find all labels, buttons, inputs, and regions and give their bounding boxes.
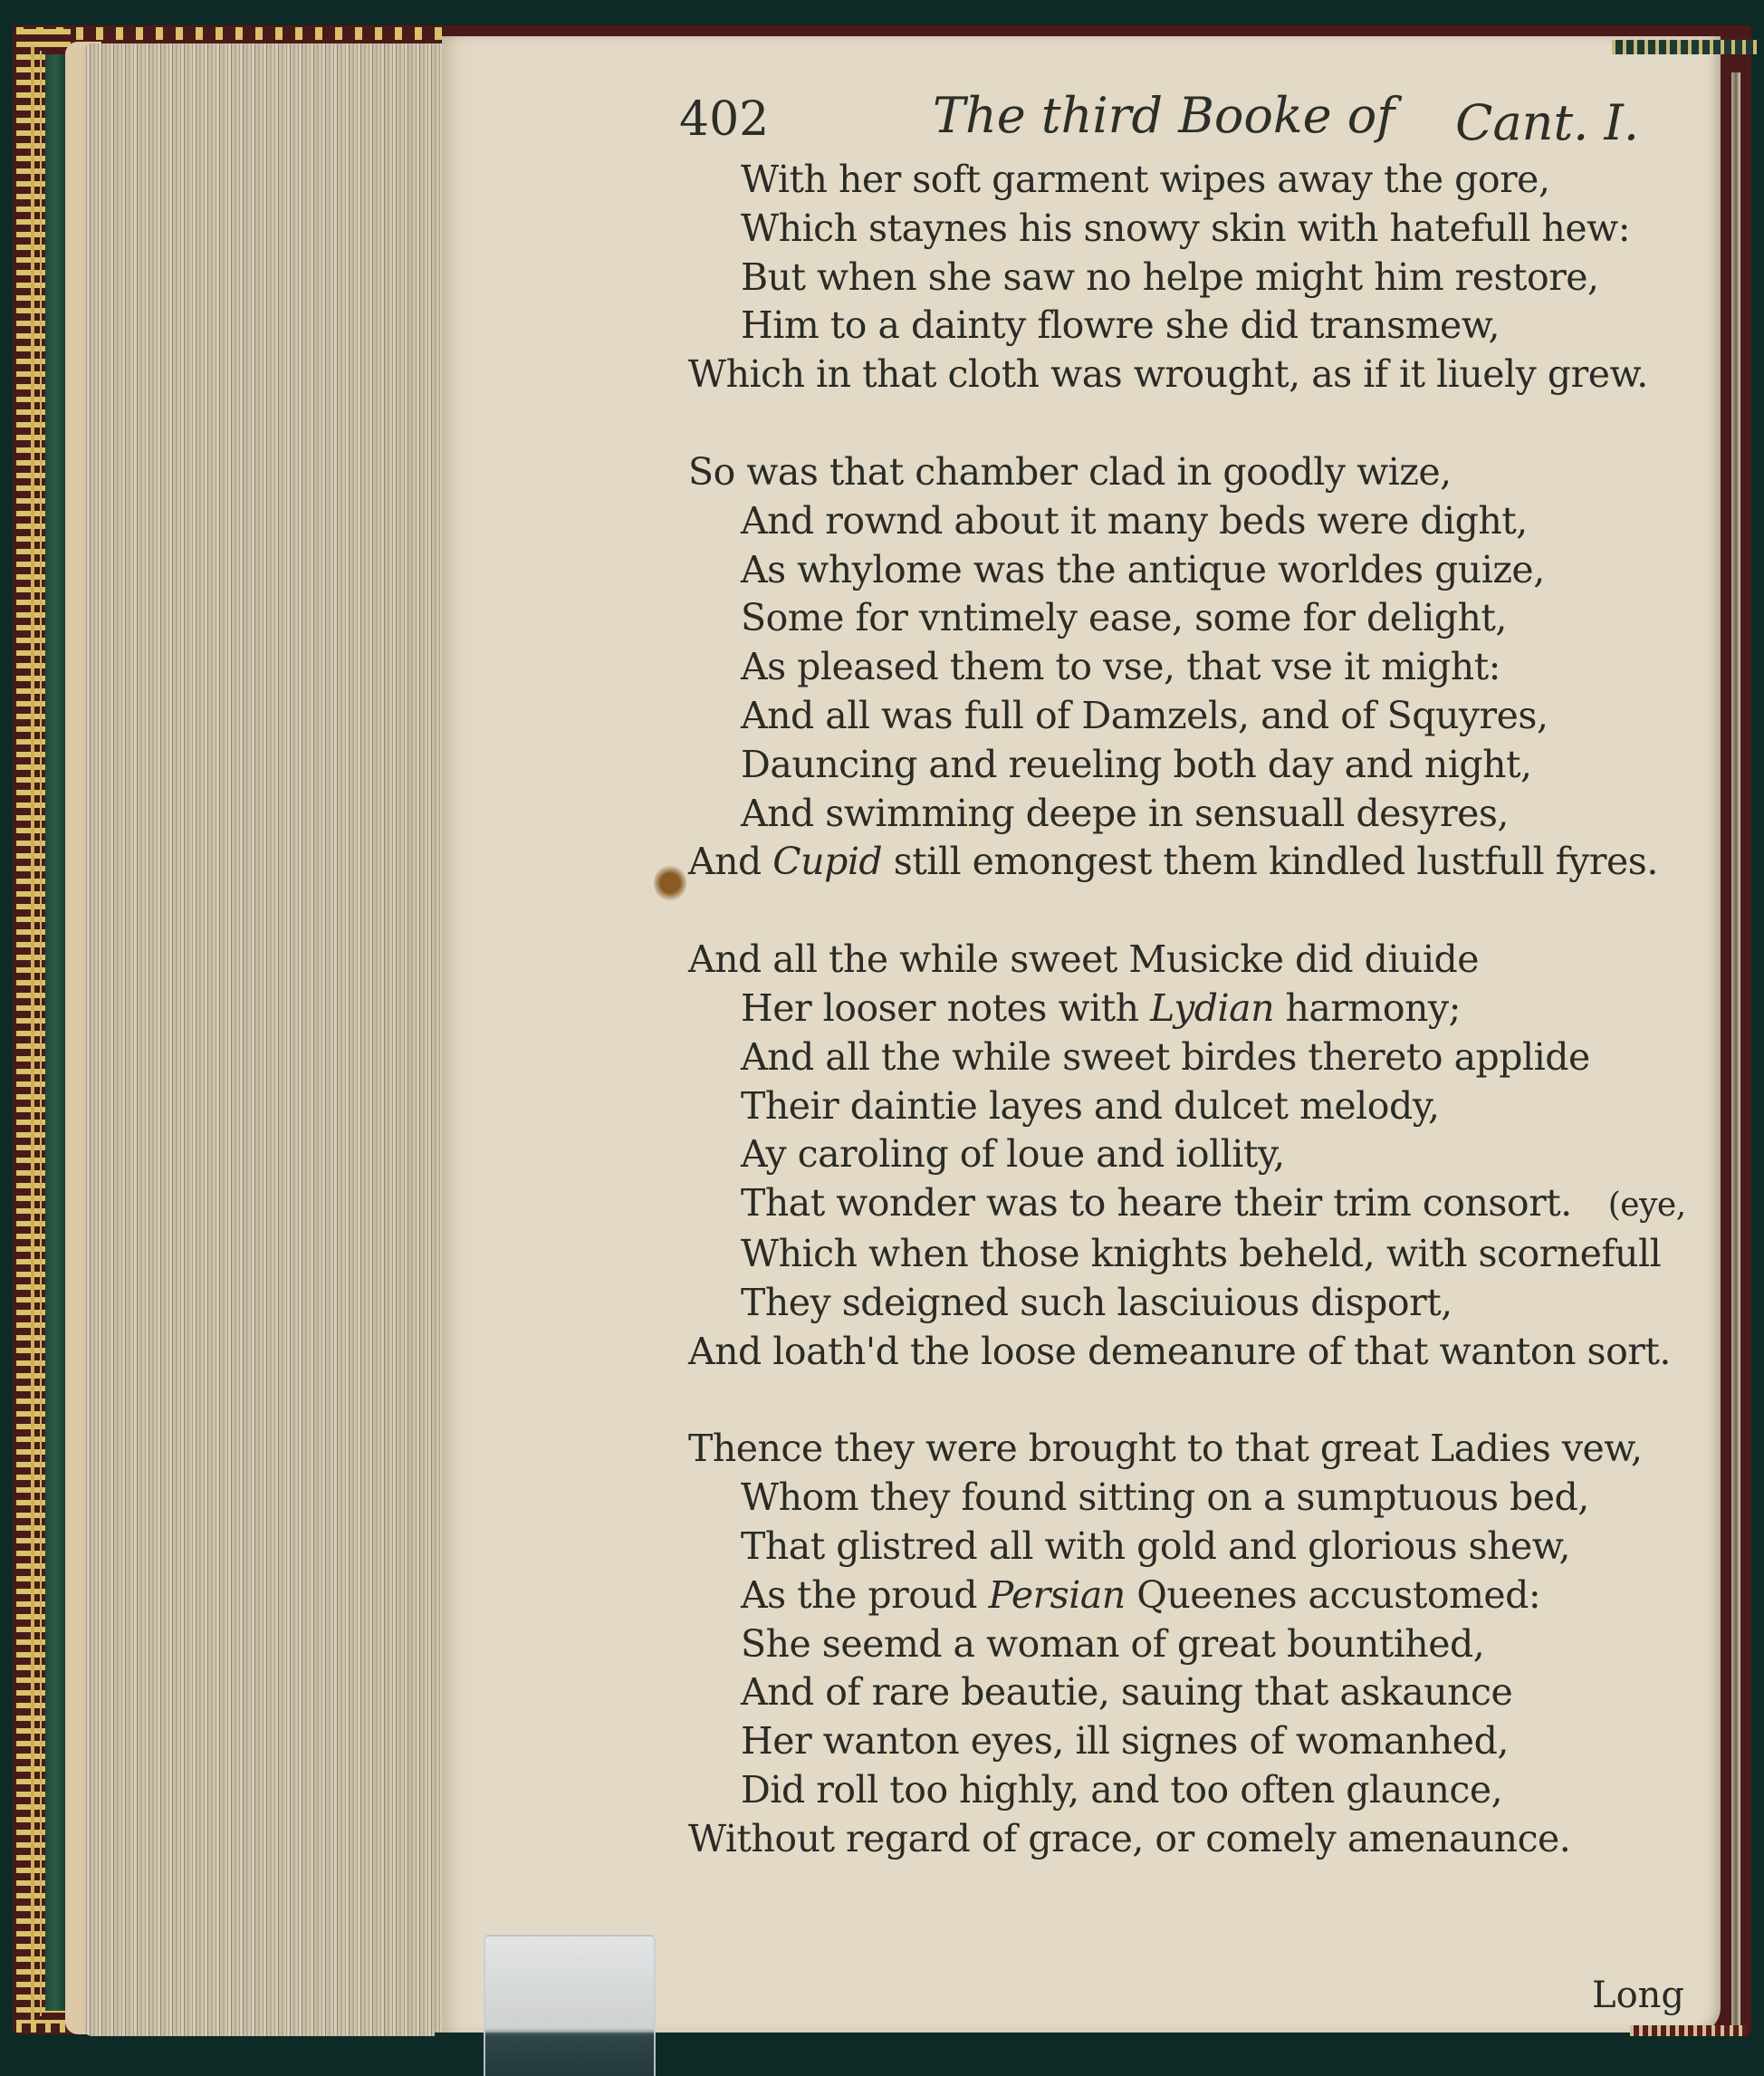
stanza: So was that chamber clad in goodly wize,… [688,448,1684,887]
verse-line: Ay caroling of loue and iollity, [688,1130,1684,1179]
turnover-fragment: (eye, [1608,1187,1686,1224]
canto-label: Cant. I. [1455,94,1639,151]
italic-proper-noun: Lydian [1150,986,1274,1030]
marbled-endpaper [45,54,65,2011]
verse-line: Him to a dainty flowre she did transmew, [688,302,1684,351]
verse-line: And swimming deepe in sensuall desyres, [688,790,1684,839]
verse-line: Some for vntimely ease, some for delight… [688,594,1684,643]
verse-line: Dauncing and reueling both day and night… [688,741,1684,790]
verse-line: With her soft garment wipes away the gor… [688,156,1684,205]
verse-line: As the proud Persian Queenes accustomed: [688,1571,1684,1620]
verse-line: She seemd a woman of great bountihed, [688,1620,1684,1669]
ink-stain [654,865,686,901]
verse-line: And rownd about it many beds were dight, [688,497,1684,546]
verse-line: So was that chamber clad in goodly wize, [688,448,1684,497]
catchword: Long [1592,1975,1684,2016]
page-weight-clip [484,1935,656,2076]
italic-proper-noun: Cupid [772,840,882,883]
running-head: 402 The third Booke of Cant. I. [679,87,1639,159]
verse-line: Their daintie layes and dulcet melody, [688,1082,1684,1131]
gilt-rule [40,51,42,2016]
verse-line: That wonder was to heare their trim cons… [688,1179,1684,1230]
verse-line: And of rare beautie, sauing that askaunc… [688,1668,1684,1717]
gilt-border-top [16,27,451,40]
verse-line: Which staynes his snowy skin with hatefu… [688,205,1684,254]
stanza: Thence they were brought to that great L… [688,1425,1684,1863]
verse-line: Whom they found sitting on a sumptuous b… [688,1474,1684,1523]
verse-line: And Cupid still emongest them kindled lu… [688,838,1684,887]
verse-line: As whylome was the antique worldes guize… [688,546,1684,595]
tailband [1630,2025,1748,2036]
verse-line: Her looser notes with Lydian harmony; [688,985,1684,1033]
verse-line: Which when those knights beheld, with sc… [688,1230,1684,1279]
headband [1612,40,1757,54]
poem-body: With her soft garment wipes away the gor… [688,156,1684,1864]
page-number: 402 [679,92,769,147]
verse-line: Her wanton eyes, ill signes of womanhed, [688,1717,1684,1766]
verse-line: Which in that cloth was wrought, as if i… [688,351,1684,399]
verse-line: And loath'd the loose demeanure of that … [688,1328,1684,1377]
stanza: With her soft garment wipes away the gor… [688,156,1684,399]
running-title: The third Booke of [933,87,1395,144]
verse-line: And all the while sweet Musicke did diui… [688,936,1684,985]
verse-line: Did roll too highly, and too often glaun… [688,1766,1684,1815]
page-gutter [1731,72,1740,2029]
verse-line: Without regard of grace, or comely amena… [688,1815,1684,1864]
verse-line: And all was full of Damzels, and of Squy… [688,692,1684,741]
italic-proper-noun: Persian [989,1573,1126,1617]
verse-line: Thence they were brought to that great L… [688,1425,1684,1474]
verse-line: That glistred all with gold and glorious… [688,1523,1684,1571]
stanza: And all the while sweet Musicke did diui… [688,936,1684,1376]
verse-line: As pleased them to vse, that vse it migh… [688,643,1684,692]
verse-line: And all the while sweet birdes thereto a… [688,1033,1684,1082]
page-fore-edge-stack [83,43,446,2036]
gilt-rule [31,45,34,2020]
verse-line: They sdeigned such lasciuious disport, [688,1279,1684,1328]
verse-line: But when she saw no helpe might him rest… [688,254,1684,303]
